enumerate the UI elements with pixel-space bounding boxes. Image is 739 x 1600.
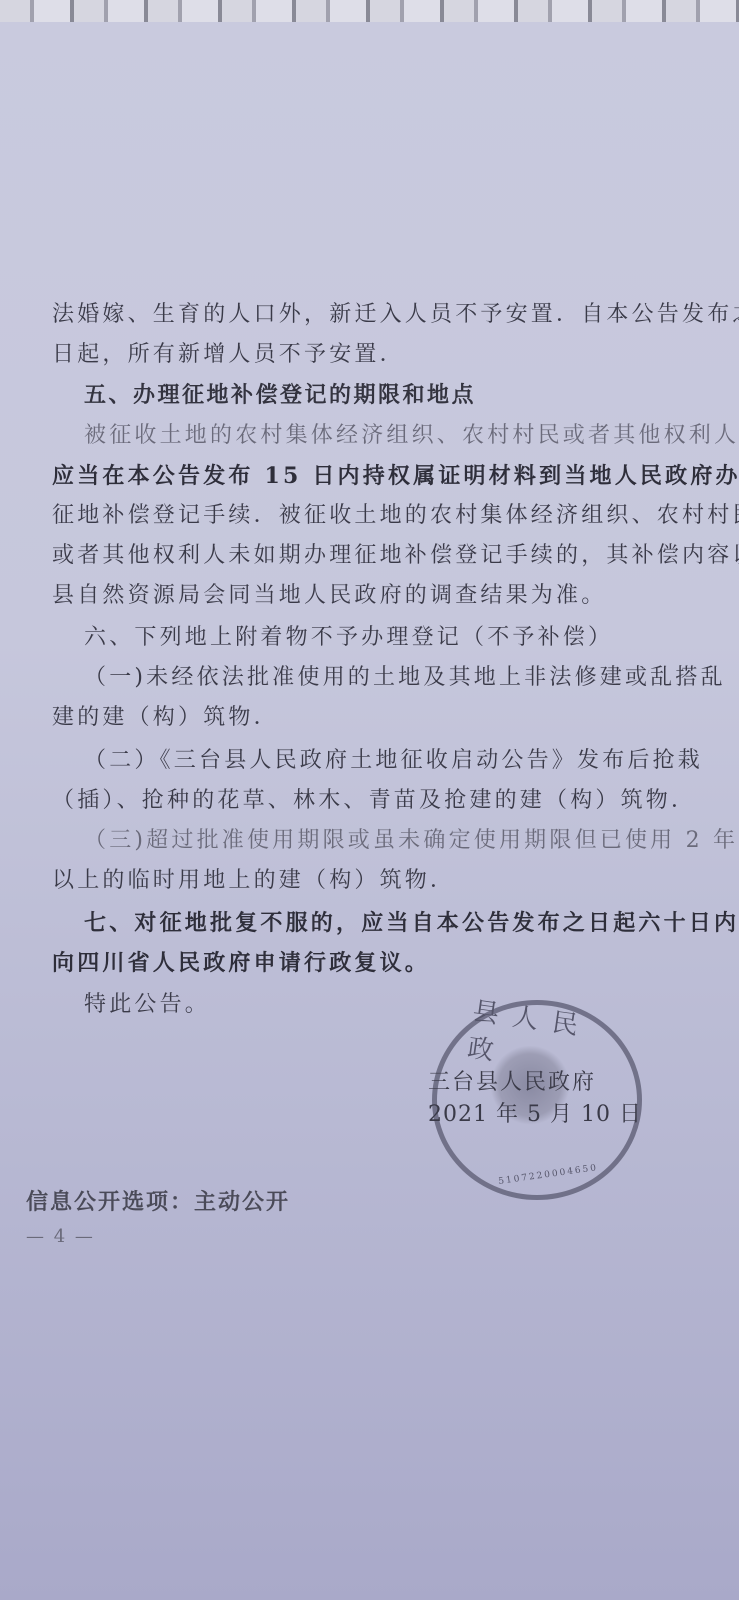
text-line: 被征收土地的农村集体经济组织、农村村民或者其他权利人 [84, 421, 739, 451]
text-line: 以上的临时用地上的建（构）筑物． [52, 866, 732, 896]
text-line: 征地补偿登记手续．被征收土地的农村集体经济组织、农村村民 [52, 501, 732, 531]
text-line: 日起，所有新增人员不予安置． [52, 340, 732, 370]
text-line: （插）、抢种的花草、林木、青苗及抢建的建（构）筑物． [52, 786, 732, 816]
text-line: 或者其他权利人未如期办理征地补偿登记手续的，其补偿内容以 [52, 541, 732, 571]
text-line: 建的建（构）筑物． [52, 703, 732, 733]
closing-text: 特此公告。 [84, 990, 739, 1020]
section-heading-5: 五、办理征地补偿登记的期限和地点 [84, 381, 739, 411]
text-line: 法婚嫁、生育的人口外，新迁入人员不予安置．自本公告发布之 [52, 300, 732, 330]
text-line: （二）《三台县人民政府土地征收启动公告》发布后抢栽 [84, 746, 739, 776]
section-heading-7: 七、对征地批复不服的，应当自本公告发布之日起六十日内 [84, 908, 739, 938]
text-line: （三)超过批准使用期限或虽未确定使用期限但已使用 2 年 [84, 826, 739, 856]
disclosure-option: 信息公开选项：主动公开 [26, 1185, 290, 1216]
text-line: （一)未经依法批准使用的土地及其地上非法修建或乱搭乱 [84, 663, 739, 693]
issue-date: 2021 年 5 月 10 日 [428, 1097, 642, 1128]
page-number: — 4 — [26, 1226, 95, 1247]
issuer-name: 三台县人民政府 [428, 1065, 596, 1096]
document-page: 法婚嫁、生育的人口外，新迁入人员不予安置．自本公告发布之 日起，所有新增人员不予… [0, 0, 739, 1600]
section-heading-6: 六、下列地上附着物不予办理登记（不予补偿） [84, 623, 739, 653]
text-line: 向四川省人民政府申请行政复议。 [52, 948, 732, 978]
text-line: 县自然资源局会同当地人民政府的调查结果为准。 [52, 581, 732, 611]
text-line: 应当在本公告发布 15 日内持权属证明材料到当地人民政府办理 [52, 461, 732, 491]
